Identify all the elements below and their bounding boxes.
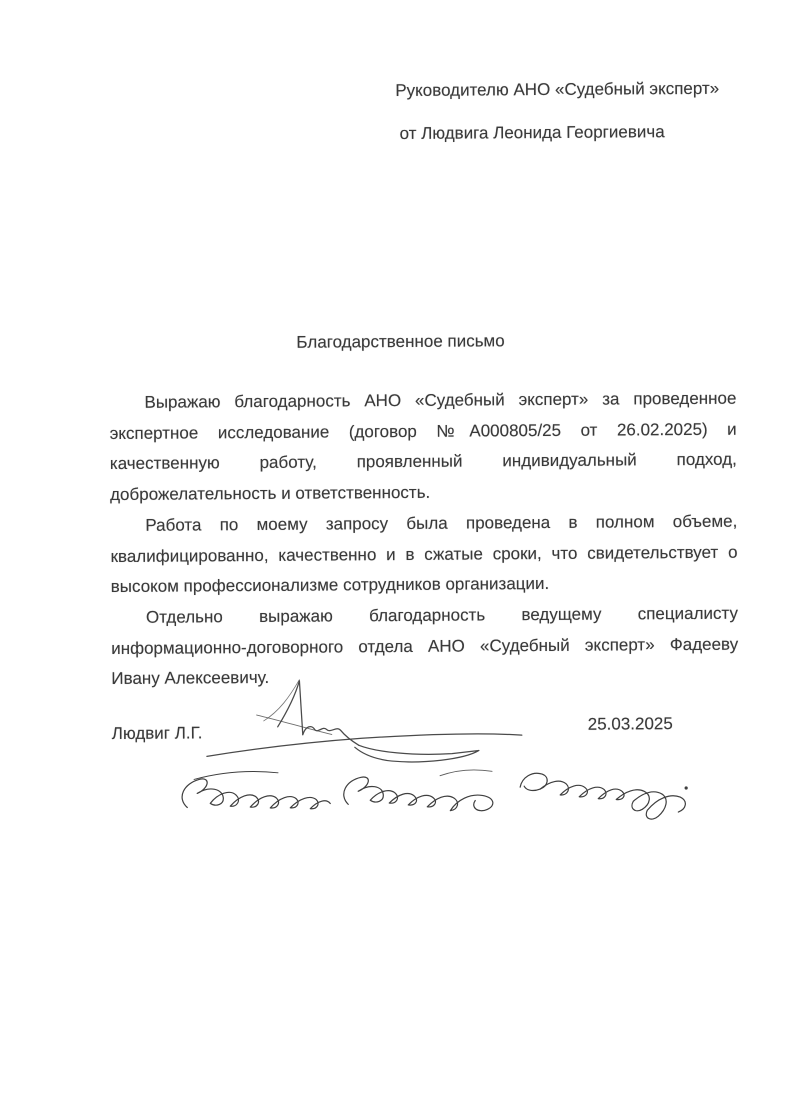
- letter-title: Благодарственное письмо: [87, 330, 714, 354]
- sender-line: от Людвига Леонида Георгиевича: [400, 121, 720, 144]
- body-paragraph: Работа по моему запросу была проведена в…: [110, 506, 738, 602]
- handwritten-name-word-1: [182, 771, 330, 810]
- scanned-letter-page: Руководителю АНО «Судебный эксперт» от Л…: [0, 0, 786, 1114]
- letter-content: Руководителю АНО «Судебный эксперт» от Л…: [0, 0, 786, 1114]
- handwritten-period: [685, 786, 688, 789]
- handwritten-signature: [151, 646, 712, 825]
- handwritten-name-word-2: [344, 770, 493, 812]
- handwritten-name-word-3: [520, 772, 688, 820]
- signature-scribble: [206, 678, 522, 763]
- body-paragraph: Выражаю благодарность АНО «Судебный эксп…: [109, 384, 737, 511]
- letter-header: Руководителю АНО «Судебный эксперт» от Л…: [395, 78, 719, 144]
- recipient-line: Руководителю АНО «Судебный эксперт»: [395, 78, 719, 101]
